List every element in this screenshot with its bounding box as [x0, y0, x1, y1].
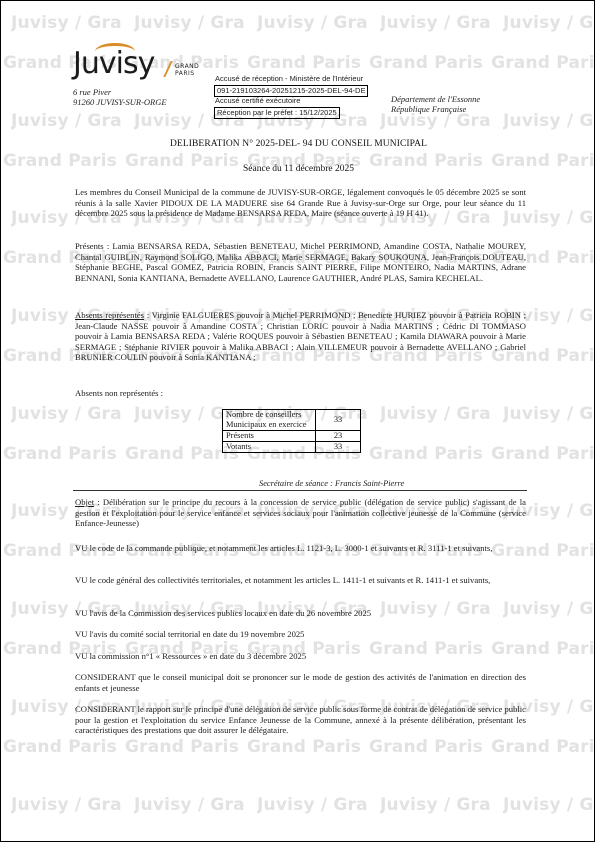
object-paragraph: Objet : Délibération sur le principe du … [75, 497, 526, 529]
logo-arc-icon [95, 43, 135, 60]
absents-represented-paragraph: Absents représentés : Virginie FALGUIERE… [75, 310, 526, 363]
stamp-line-3: Accusé certifié exécutoire [215, 96, 368, 107]
logo-slash-icon [163, 61, 172, 77]
juvisy-logo: Juvisy GRAND PARIS [73, 49, 154, 79]
logo-tagline: GRAND PARIS [175, 63, 199, 77]
vu-paragraph: VU le code de la commande publique, et n… [75, 543, 526, 554]
intro-paragraph: Les membres du Conseil Municipal de la c… [75, 187, 526, 219]
table-row: Présents 23 [223, 431, 361, 442]
mairie-address: 6 rue Piver 91260 JUVISY-SUR-ORGE [73, 87, 167, 107]
presents-label: Présents : [75, 241, 109, 251]
deliberation-title: DELIBERATION N° 2025-DEL- 94 DU CONSEIL … [1, 139, 595, 149]
stamp-reception-date: Réception par le préfet : 15/12/2025 [214, 107, 340, 119]
document-page: Juvisy / GraJuvisy / GraJuvisy / GraJuvi… [0, 0, 595, 842]
attendance-table: Nombre de conseillers Municipaux en exer… [222, 409, 361, 453]
stamp-line-1: Accusé de réception - Ministère de l'Int… [215, 74, 368, 85]
absents-represented-label: Absents représentés [75, 310, 144, 320]
table-row: Nombre de conseillers Municipaux en exer… [223, 410, 361, 431]
vu-paragraph: VU l'avis de la Commission des services … [75, 608, 526, 619]
department-block: Département de l'Essonne République Fran… [391, 94, 480, 114]
object-label: Objet [75, 497, 94, 507]
vu-paragraph: VU le code général des collectivités ter… [75, 575, 526, 586]
presents-paragraph: Présents : Lamia BENSARSA REDA, Sébastie… [75, 241, 526, 283]
vu-paragraph: VU l'avis du comité social territorial e… [75, 629, 526, 640]
vu-paragraph: VU la commission n°1 « Ressources » en d… [75, 651, 526, 662]
table-row: Votants 33 [223, 442, 361, 453]
considerant-paragraph: CONSIDERANT le rapport sur le principe d… [75, 704, 526, 736]
reception-stamp: Accusé de réception - Ministère de l'Int… [215, 74, 368, 118]
divider [73, 490, 527, 491]
absents-not-represented: Absents non représentés : [75, 388, 526, 399]
session-secretary: Secrétaire de séance : Francis Saint-Pie… [259, 479, 404, 488]
presents-list: Lamia BENSARSA REDA, Sébastien BENETEAU,… [75, 241, 526, 283]
considerant-paragraph: CONSIDERANT que le conseil municipal doi… [75, 672, 526, 693]
session-date: Séance du 11 décembre 2025 [1, 164, 595, 174]
